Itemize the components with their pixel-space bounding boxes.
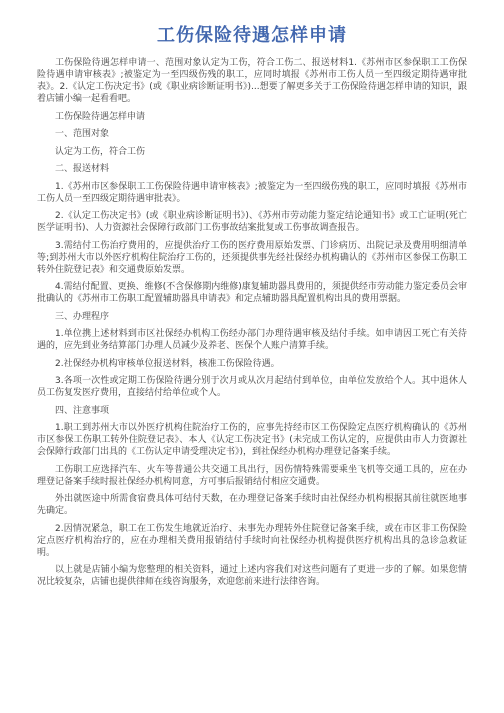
paragraph: 一、范围对象 [37,128,467,140]
paragraph: 认定为工伤，符合工伤 [37,146,467,158]
paragraph: 二、报送材料 [37,163,467,175]
paragraph: 1.职工到苏州大市以外医疗机构住院治疗工伤的，应事先持经市区工伤保险定点医疗机构… [37,422,467,458]
paragraph: 1.《苏州市区参保职工工伤保险待遇申请审核表》;被鉴定为一至四级伤残的职工，应同… [37,181,467,205]
article-body: 工伤保险待遇怎样申请一、范围对象认定为工伤，符合工伤二、报送材料1.《苏州市区参… [0,47,504,588]
article-page: 工伤保险待遇怎样申请 工伤保险待遇怎样申请一、范围对象认定为工伤，符合工伤二、报… [0,0,504,713]
paragraph: 3.需结付工伤治疗费用的，应提供治疗工伤的医疗费用原始发票、门诊病历、出院记录及… [37,240,467,276]
paragraph: 四、注意事项 [37,405,467,417]
paragraph: 工伤保险待遇怎样申请一、范围对象认定为工伤，符合工伤二、报送材料1.《苏州市区参… [37,57,467,105]
page-title: 工伤保险待遇怎样申请 [0,0,504,47]
paragraph: 工伤职工应选择汽车、火车等普通公共交通工具出行，因伤情特殊需要乘坐飞机等交通工具… [37,464,467,488]
paragraph: 2.因情况紧急，职工在工伤发生地就近治疗、未事先办理转外住院登记备案手续，或在市… [37,523,467,559]
paragraph: 4.需结付配置、更换、维修(不含保修期内维修)康复辅助器具费用的，须提供经市劳动… [37,281,467,305]
paragraph: 以上就是店铺小编为您整理的相关资料，通过上述内容我们对这些问题有了更进一步的了解… [37,564,467,588]
paragraph: 工伤保险待遇怎样申请 [37,111,467,123]
paragraph: 三、办理程序 [37,311,467,323]
paragraph: 外出就医途中所需食宿费具体可结付天数，在办理登记备案手续时由社保经办机构根据其前… [37,493,467,517]
paragraph: 2.《认定工伤决定书》(或《职业病诊断证明书》)、《苏州市劳动能力鉴定结论通知书… [37,210,467,234]
paragraph: 1.单位携上述材料到市区社保经办机构工伤经办部门办理待遇审核及结付手续。如申请因… [37,328,467,352]
paragraph: 2.社保经办机构审核单位报送材料，核准工伤保险待遇。 [37,358,467,370]
paragraph: 3.各项一次性或定期工伤保险待遇分别于次月或从次月起结付到单位，由单位发放给个人… [37,375,467,399]
